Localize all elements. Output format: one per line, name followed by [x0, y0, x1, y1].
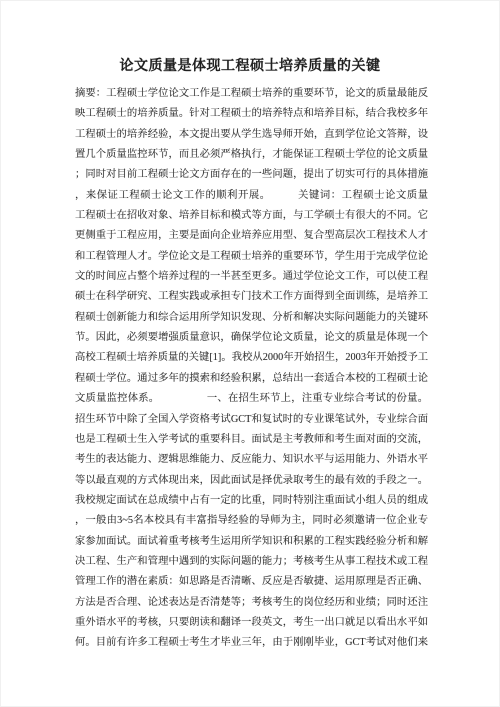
- document-body: 摘要：工程硕士学位论文工作是工程硕士培养的重要环节，论文的质量最能反映工程硕士的…: [75, 84, 428, 654]
- text-line: 也是工程硕士生入学考试的重要科目。面试是主考教师和考生面对面的交流，: [75, 430, 428, 450]
- text-line: 节。因此，必须要增强质量意识，确保学位论文质量，论文的质量是体现一个: [75, 328, 428, 348]
- text-line: 摘要：工程硕士学位论文工作是工程硕士培养的重要环节，论文的质量最能反: [75, 84, 428, 104]
- text-line: 方法是否合理、论述表达是否清楚等；考核考生的岗位经历和业绩；同时还注: [75, 593, 428, 613]
- page-title: 论文质量是体现工程硕士培养质量的关键: [0, 56, 500, 78]
- text-line: 考生的表达能力、逻辑思维能力、反应能力、知识水平与运用能力、外语水平: [75, 450, 428, 470]
- text-line: 何。目前有许多工程硕士考生才毕业三年，由于刚刚毕业，GCT考试对他们来讲: [75, 633, 428, 653]
- text-line: 高校工程硕士培养质量的关键[1]。我校从2000年开始招生，2003年开始授予工: [75, 348, 428, 368]
- text-line: 更侧重于工程应用，主要是面向企业培养应用型、复合型高层次工程技术人才: [75, 226, 428, 246]
- text-line: 工程硕士在招收对象、培养目标和模式等方面，与工学硕士有很大的不同。它: [75, 206, 428, 226]
- text-line: 我校规定面试在总成绩中占有一定的比重，同时特别注重面试小组人员的组成: [75, 491, 428, 511]
- text-line: ；同时对目前工程硕士论文方面存在的一些问题，提出了切实可行的具体措施: [75, 165, 428, 185]
- text-line: ，一般由3~5名本校具有丰富指导经验的导师为主，同时必须邀请一位企业专: [75, 511, 428, 531]
- text-line: 等以最直观的方式体现出来，因此面试是择优录取考生的最有效的手段之一。: [75, 471, 428, 491]
- document-page: 论文质量是体现工程硕士培养质量的关键 摘要：工程硕士学位论文工作是工程硕士培养的…: [0, 0, 500, 707]
- text-line: 重外语水平的考核，只要朗读和翻译一段英文，考生一出口就足以看出水平如: [75, 613, 428, 633]
- text-line: 映工程硕士的培养质量。针对工程硕士的培养特点和培养目标，结合我校多年: [75, 104, 428, 124]
- text-line: 招生环节中除了全国入学资格考试GCT和复试时的专业课笔试外，专业综合面试: [75, 410, 428, 430]
- text-line: 置几个质量监控环节，而且必须严格执行，才能保证工程硕士学位的论文质量: [75, 145, 428, 165]
- text-line: 家参加面试。面试着重考核考生运用所学知识和积累的工程实践经验分析和解: [75, 532, 428, 552]
- text-line: 工程硕士的培养经验，本文提出要从学生选导师开始，直到学位论文答辩，设: [75, 125, 428, 145]
- text-line: 程硕士学位。通过多年的摸索和经验积累，总结出一套适合本校的工程硕士论: [75, 369, 428, 389]
- text-line: 和工程管理人才。学位论文是工程硕士培养的重要环节，学生用于完成学位论: [75, 247, 428, 267]
- text-line: 文质量监控体系。 一、在招生环节上，注重专业综合考试的份量。: [75, 389, 428, 409]
- text-line: 文的时间应占整个培养过程的一半甚至更多。通过学位论文工作，可以使工程: [75, 267, 428, 287]
- text-line: 决工程、生产和管理中遇到的实际问题的能力；考核考生从事工程技术或工程: [75, 552, 428, 572]
- text-line: ，来保证工程硕士论文工作的顺利开展。 关键词：工程硕士论文质量: [75, 186, 428, 206]
- text-line: 程硕士创新能力和综合运用所学知识发现、分析和解决实际问题能力的关键环: [75, 308, 428, 328]
- text-line: 硕士在科学研究、工程实践或承担专门技术工作方面得到全面训练，是培养工: [75, 287, 428, 307]
- text-line: 管理工作的潜在素质：如思路是否清晰、反应是否敏捷、运用原理是否正确、: [75, 572, 428, 592]
